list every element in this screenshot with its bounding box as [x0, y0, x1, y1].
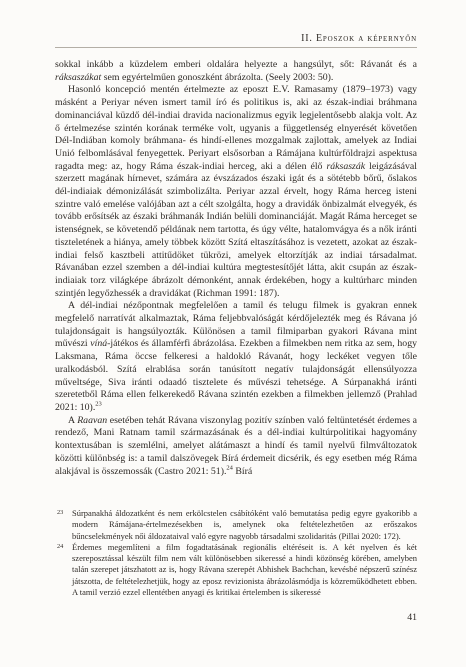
body-text: sokkal inkább a küzdelem emberi oldalára… — [55, 59, 417, 478]
text-run: Bírá — [233, 466, 252, 477]
text-run: Súrpanakhá áldozatként és nem erkölcstel… — [72, 508, 417, 541]
running-header: II. Eposzok a képernyőn — [55, 33, 417, 48]
page-number: 41 — [55, 612, 417, 623]
text-run: sem egyértelműen gonoszként ábrázolta. (… — [101, 72, 333, 83]
italic-term: Raavan — [77, 415, 107, 426]
footnote-marker: 23 — [57, 507, 63, 518]
text-run: leigázásával szerzett magának hírnevet, … — [55, 161, 417, 299]
italic-term: ráksaszák — [326, 161, 365, 172]
footnote: 24Érdemes megemlíteni a film fogadtatásá… — [55, 542, 417, 598]
text-run: Érdemes megemlíteni a film fogadtatásána… — [72, 542, 417, 597]
footnote-marker: 24 — [57, 541, 63, 552]
book-page: II. Eposzok a képernyőn sokkal inkább a … — [0, 0, 466, 667]
paragraph: Hasonló koncepció mentén értelmezte az e… — [55, 84, 417, 300]
text-run: Hasonló koncepció mentén értelmezte az e… — [55, 84, 417, 171]
footnotes: 23Súrpanakhá áldozatként és nem erkölcst… — [55, 508, 417, 598]
italic-term: víná — [90, 338, 107, 349]
paragraph: A dél-indiai nézőpontnak megfelelően a t… — [55, 300, 417, 414]
text-run: sokkal inkább a küzdelem emberi oldalára… — [55, 59, 417, 70]
paragraph: sokkal inkább a küzdelem emberi oldalára… — [55, 59, 417, 84]
footnote-ref: 23 — [95, 401, 102, 408]
footnote: 23Súrpanakhá áldozatként és nem erkölcst… — [55, 508, 417, 542]
text-run: A — [68, 415, 77, 426]
text-run: -játékos és államférfi ábrázolása. Ezekb… — [55, 338, 417, 413]
paragraph: A Raavan esetében tehát Rávana viszonyla… — [55, 415, 417, 479]
italic-term: ráksaszákat — [55, 72, 101, 83]
